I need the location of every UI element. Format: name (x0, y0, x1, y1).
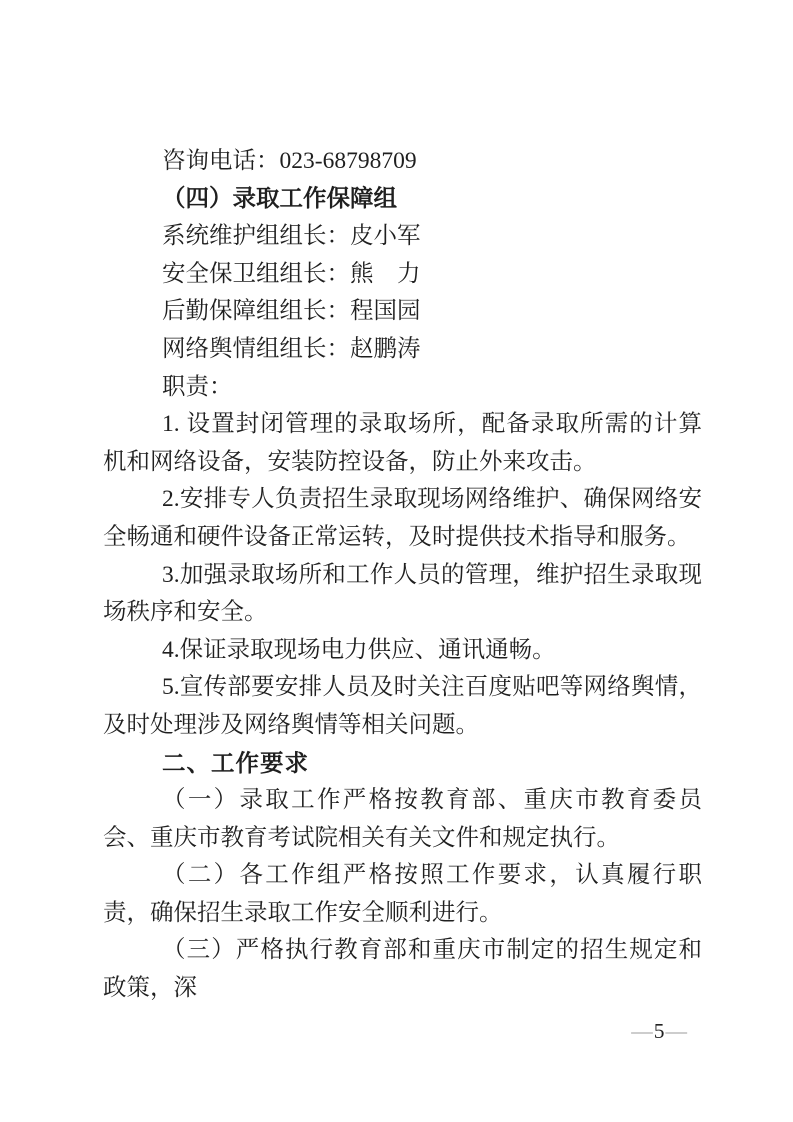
requirement-item-3: （三）严格执行教育部和重庆市制定的招生规定和政策，深 (103, 932, 702, 1007)
section-heading-support-group: （四）录取工作保障组 (103, 181, 702, 219)
duty-item-5: 5.宣传部要安排人员及时关注百度贴吧等网络舆情，及时处理涉及网络舆情等相关问题。 (103, 669, 702, 744)
page-number-dash-left: — (631, 1019, 653, 1043)
page-number-value: 5 (653, 1019, 666, 1043)
duty-item-1: 1. 设置封闭管理的录取场所，配备录取所需的计算机和网络设备，安装防控设备，防止… (103, 406, 702, 481)
document-page: 咨询电话：023-68798709 （四）录取工作保障组 系统维护组组长：皮小军… (0, 0, 793, 1122)
document-body: 咨询电话：023-68798709 （四）录取工作保障组 系统维护组组长：皮小军… (103, 143, 702, 1008)
duty-item-4: 4.保证录取现场电力供应、通讯通畅。 (103, 632, 702, 670)
requirement-item-2: （二）各工作组严格按照工作要求，认真履行职责，确保招生录取工作安全顺利进行。 (103, 857, 702, 932)
leader-system-maintenance: 系统维护组组长：皮小军 (103, 218, 702, 256)
leader-network-opinion: 网络舆情组组长：赵鹏涛 (103, 331, 702, 369)
page-number: —5— (631, 1016, 687, 1046)
leader-logistics: 后勤保障组组长：程国园 (103, 293, 702, 331)
section-heading-work-requirements: 二、工作要求 (103, 745, 702, 783)
requirement-item-1: （一）录取工作严格按教育部、重庆市教育委员会、重庆市教育考试院相关有关文件和规定… (103, 782, 702, 857)
duty-item-3: 3.加强录取场所和工作人员的管理，维护招生录取现场秩序和安全。 (103, 557, 702, 632)
duty-item-2: 2.安排专人负责招生录取现场网络维护、确保网络安全畅通和硬件设备正常运转，及时提… (103, 481, 702, 556)
page-number-dash-right: — (666, 1019, 688, 1043)
duties-label: 职责： (103, 369, 702, 407)
consult-phone-line: 咨询电话：023-68798709 (103, 143, 702, 181)
leader-security: 安全保卫组组长：熊 力 (103, 256, 702, 294)
